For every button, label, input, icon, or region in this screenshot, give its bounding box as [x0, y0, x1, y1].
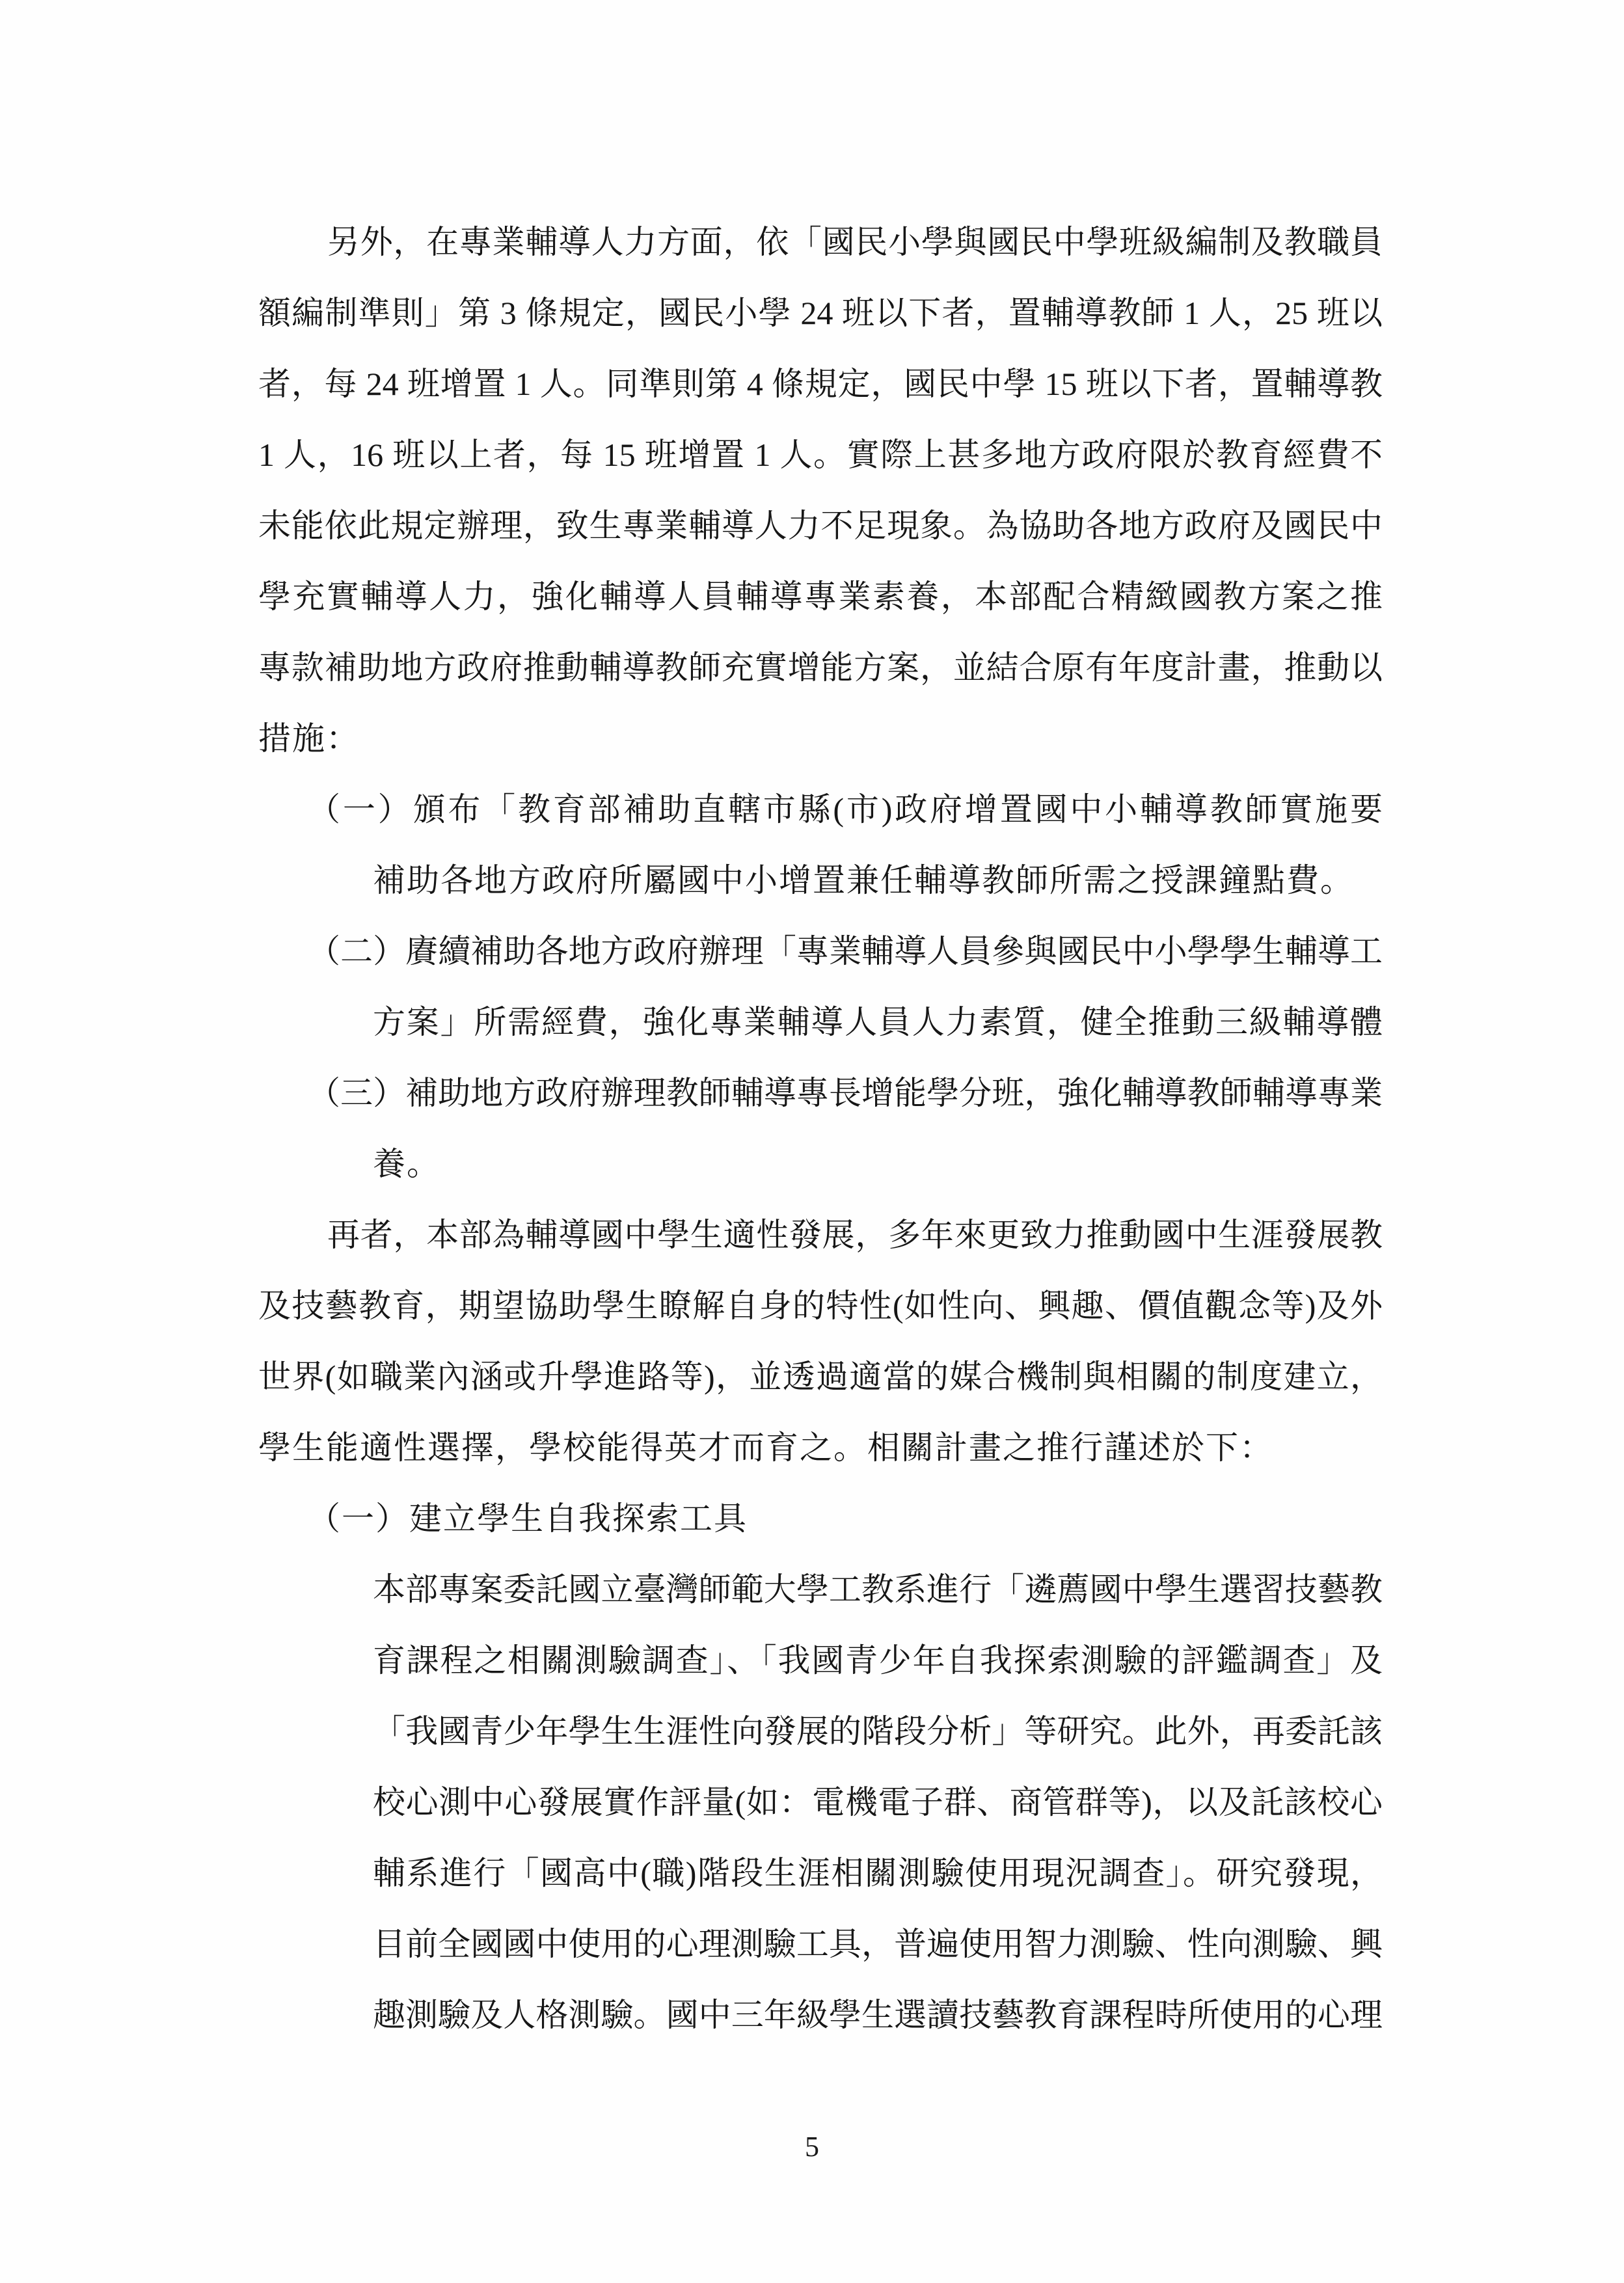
- text-line: 額編制準則」第 3 條規定，國民小學 24 班以下者，置輔導教師 1 人，25 …: [258, 278, 1383, 349]
- text-line: 者，每 24 班增置 1 人。同準則第 4 條規定，國民中學 15 班以下者，置…: [258, 349, 1383, 420]
- page-number: 5: [0, 2111, 1624, 2182]
- list-item-line: 養。: [258, 1129, 1383, 1200]
- text-line: 學生能適性選擇，學校能得英才而育之。相關計畫之推行謹述於下：: [258, 1412, 1383, 1483]
- text-line: 措施：: [258, 703, 1383, 774]
- list-item-line: 校心測中心發展實作評量(如：電機電子群、商管群等)，以及託該校心: [258, 1767, 1383, 1838]
- list-item-line: 方案」所需經費，強化專業輔導人員人力素質，健全推動三級輔導體制。: [258, 987, 1383, 1058]
- list-item-line: 目前全國國中使用的心理測驗工具，普遍使用智力測驗、性向測驗、興: [258, 1909, 1383, 1980]
- list-item-line: 育課程之相關測驗調查」、「我國青少年自我探索測驗的評鑑調查」及: [258, 1625, 1383, 1696]
- text-line: 另外，在專業輔導人力方面，依「國民小學與國民中學班級編制及教職員員: [258, 207, 1383, 278]
- list-item-line: 補助各地方政府所屬國中小增置兼任輔導教師所需之授課鐘點費。: [258, 845, 1383, 916]
- list-item-line: 本部專案委託國立臺灣師範大學工教系進行「遴薦國中學生選習技藝教: [258, 1554, 1383, 1625]
- text-line: 專款補助地方政府推動輔導教師充實增能方案，並結合原有年度計畫，推動以下: [258, 632, 1383, 703]
- list-item-line: （三）補助地方政府辦理教師輔導專長增能學分班，強化輔導教師輔導專業素: [258, 1058, 1383, 1129]
- document-page: 另外，在專業輔導人力方面，依「國民小學與國民中學班級編制及教職員員 額編制準則」…: [0, 0, 1624, 2283]
- text-line: 世界(如職業內涵或升學進路等)，並透過適當的媒合機制與相關的制度建立，讓: [258, 1342, 1383, 1412]
- list-item-line: （二）賡續補助各地方政府辦理「專業輔導人員參與國民中小學學生輔導工作: [258, 916, 1383, 987]
- document-text-block: 另外，在專業輔導人力方面，依「國民小學與國民中學班級編制及教職員員 額編制準則」…: [258, 207, 1383, 2051]
- list-item-line: 輔系進行「國高中(職)階段生涯相關測驗使用現況調查」。研究發現，: [258, 1838, 1383, 1909]
- list-item-line: 趣測驗及人格測驗。國中三年級學生選讀技藝教育課程時所使用的心理: [258, 1980, 1383, 2051]
- list-item-line: （一）頒布「教育部補助直轄市縣(市)政府增置國中小輔導教師實施要點」，: [258, 774, 1383, 845]
- list-item-line: 「我國青少年學生生涯性向發展的階段分析」等研究。此外，再委託該: [258, 1696, 1383, 1767]
- text-line: 1 人，16 班以上者，每 15 班增置 1 人。實際上甚多地方政府限於教育經費…: [258, 420, 1383, 491]
- text-line: 未能依此規定辦理，致生專業輔導人力不足現象。為協助各地方政府及國民中小: [258, 491, 1383, 561]
- text-line: 學充實輔導人力，強化輔導人員輔導專業素養，本部配合精緻國教方案之推動，: [258, 561, 1383, 632]
- text-line: 再者，本部為輔導國中學生適性發展，多年來更致力推動國中生涯發展教育: [258, 1200, 1383, 1271]
- list-item-line: （一）建立學生自我探索工具: [258, 1483, 1383, 1554]
- text-line: 及技藝教育，期望協助學生瞭解自身的特性(如性向、興趣、價值觀念等)及外在: [258, 1271, 1383, 1342]
